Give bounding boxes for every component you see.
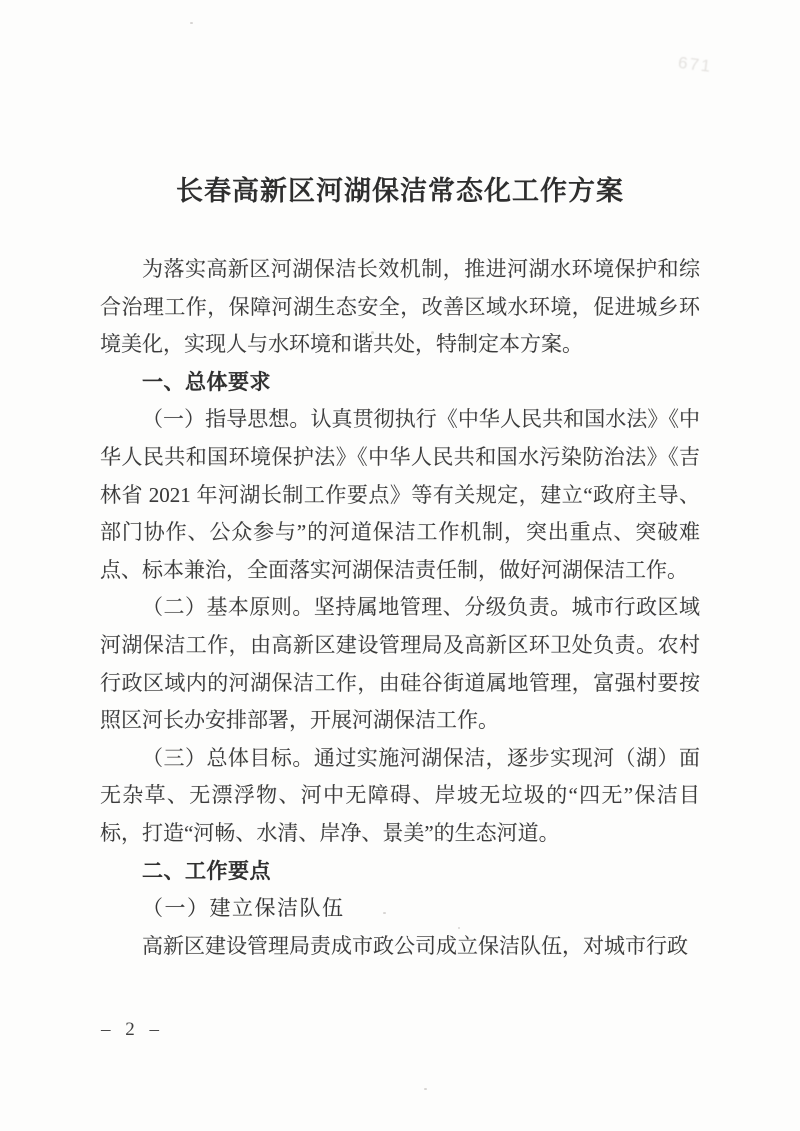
section-heading-overall-requirements: 一、总体要求 [100, 364, 700, 402]
paragraph-guiding-ideology: （一）指导思想。认真贯彻执行《中华人民共和国水法》《中华人民共和国环境保护法》《… [100, 401, 700, 589]
scan-speck [190, 22, 193, 24]
scan-speck [424, 1088, 427, 1090]
paragraph-basic-principles: （二）基本原则。坚持属地管理、分级负责。城市行政区域河湖保洁工作，由高新区建设管… [100, 589, 700, 739]
page-number: – 2 – [101, 1019, 164, 1041]
paragraph-overall-goal: （三）总体目标。通过实施河湖保洁，逐步实现河（湖）面无杂草、无漂浮物、河中无障碍… [100, 740, 700, 853]
scan-artifact-mark: 671 [677, 53, 714, 77]
document-title: 长春高新区河湖保洁常态化工作方案 [100, 169, 700, 208]
subsection-heading-cleaning-team: （一）建立保洁队伍 [100, 890, 700, 928]
paragraph-intro: 为落实高新区河湖保洁长效机制，推进河湖水环境保护和综合治理工作，保障河湖生态安全… [100, 251, 700, 364]
document-page: 671 长春高新区河湖保洁常态化工作方案 为落实高新区河湖保洁长效机制，推进河湖… [0, 0, 800, 1131]
section-heading-work-points: 二、工作要点 [100, 853, 700, 891]
document-body: 为落实高新区河湖保洁长效机制，推进河湖水环境保护和综合治理工作，保障河湖生态安全… [100, 251, 700, 965]
paragraph-cleaning-team: 高新区建设管理局责成市政公司成立保洁队伍，对城市行政 [100, 928, 700, 966]
